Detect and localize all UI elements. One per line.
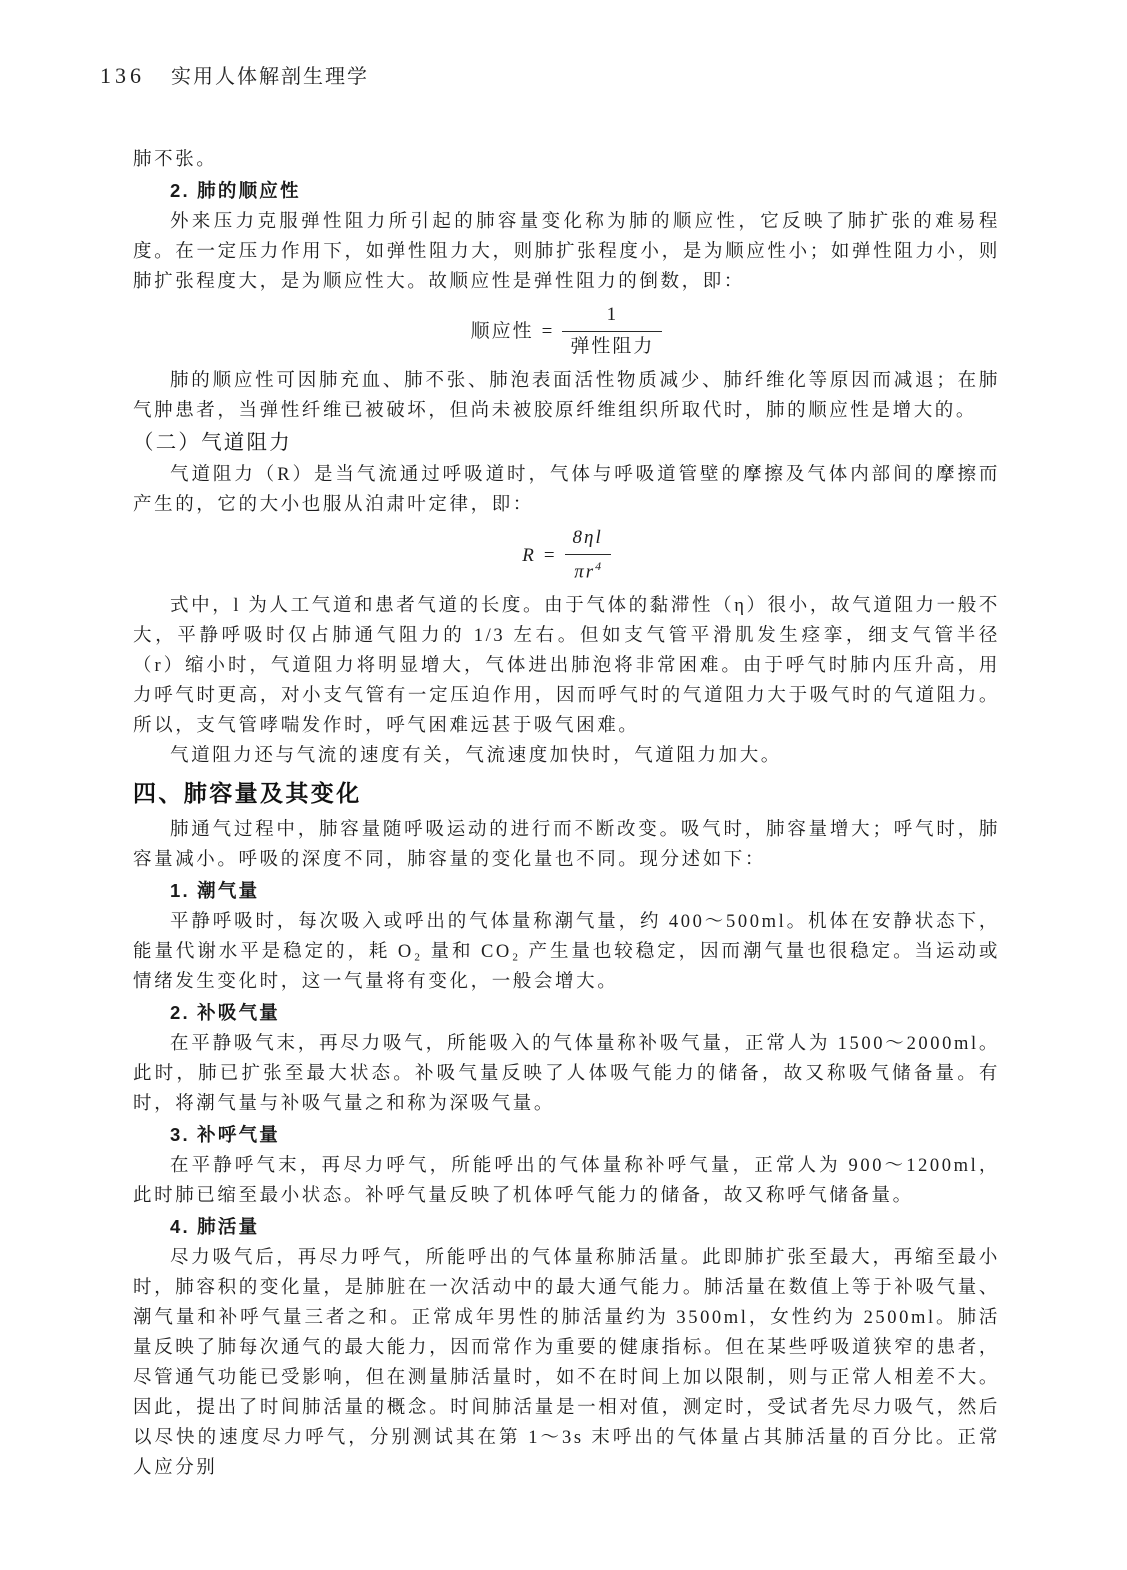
- sub-heading: 4. 肺活量: [133, 1211, 1000, 1243]
- sub-heading: 1. 潮气量: [133, 875, 1000, 907]
- fraction: 8ηlπr4: [565, 526, 611, 585]
- chapter-heading: 四、肺容量及其变化: [133, 775, 1000, 811]
- fraction-numerator: 1: [562, 303, 662, 332]
- paragraph: 平静呼吸时，每次吸入或呼出的气体量称潮气量，约 400～500ml。机体在安静状…: [133, 907, 1000, 997]
- paragraph: 气道阻力（R）是当气流通过呼吸道时，气体与呼吸道管壁的摩擦及气体内部间的摩擦而产…: [133, 460, 1000, 520]
- paragraph-continuation: 肺不张。: [133, 145, 1000, 175]
- formula: R=8ηlπr4: [133, 526, 1000, 585]
- content-flow: 肺不张。2. 肺的顺应性外来压力克服弹性阻力所引起的肺容量变化称为肺的顺应性，它…: [133, 145, 1000, 1483]
- paragraph: 肺通气过程中，肺容量随呼吸运动的进行而不断改变。吸气时，肺容量增大；呼气时，肺容…: [133, 815, 1000, 875]
- formula-lhs: R: [522, 545, 536, 566]
- equals-sign: =: [536, 545, 565, 566]
- fraction-numerator: 8ηl: [565, 526, 611, 555]
- page-header: 136 实用人体解剖生理学: [0, 0, 1127, 89]
- paragraph: 式中，l 为人工气道和患者气道的长度。由于气体的黏滞性（η）很小，故气道阻力一般…: [133, 591, 1000, 741]
- sub-heading: 2. 肺的顺应性: [133, 175, 1000, 207]
- fraction-denominator: πr4: [565, 555, 611, 585]
- paragraph: 气道阻力还与气流的速度有关，气流速度加快时，气道阻力加大。: [133, 741, 1000, 771]
- paragraph: 在平静呼气末，再尽力呼气，所能呼出的气体量称补呼气量，正常人为 900～1200…: [133, 1151, 1000, 1211]
- textbook-page: 136 实用人体解剖生理学 肺不张。2. 肺的顺应性外来压力克服弹性阻力所引起的…: [0, 0, 1127, 1570]
- formula-lhs: 顺应性: [471, 321, 534, 342]
- paragraph: 尽力吸气后，再尽力呼气，所能呼出的气体量称肺活量。此即肺扩张至最大，再缩至最小时…: [133, 1243, 1000, 1483]
- formula: 顺应性=1弹性阻力: [133, 303, 1000, 360]
- equals-sign: =: [534, 321, 563, 342]
- fraction: 1弹性阻力: [562, 303, 662, 360]
- running-title: 实用人体解剖生理学: [171, 60, 369, 89]
- sub-heading: 2. 补吸气量: [133, 997, 1000, 1029]
- paragraph: 外来压力克服弹性阻力所引起的肺容量变化称为肺的顺应性，它反映了肺扩张的难易程度。…: [133, 207, 1000, 297]
- paragraph: 肺的顺应性可因肺充血、肺不张、肺泡表面活性物质减少、肺纤维化等原因而减退；在肺气…: [133, 366, 1000, 426]
- page-number: 136: [100, 63, 145, 89]
- section-heading: （二）气道阻力: [133, 426, 1000, 460]
- paragraph: 在平静吸气末，再尽力吸气，所能吸入的气体量称补吸气量，正常人为 1500～200…: [133, 1029, 1000, 1119]
- fraction-denominator: 弹性阻力: [562, 332, 662, 360]
- exponent: 4: [595, 559, 601, 573]
- sub-heading: 3. 补呼气量: [133, 1119, 1000, 1151]
